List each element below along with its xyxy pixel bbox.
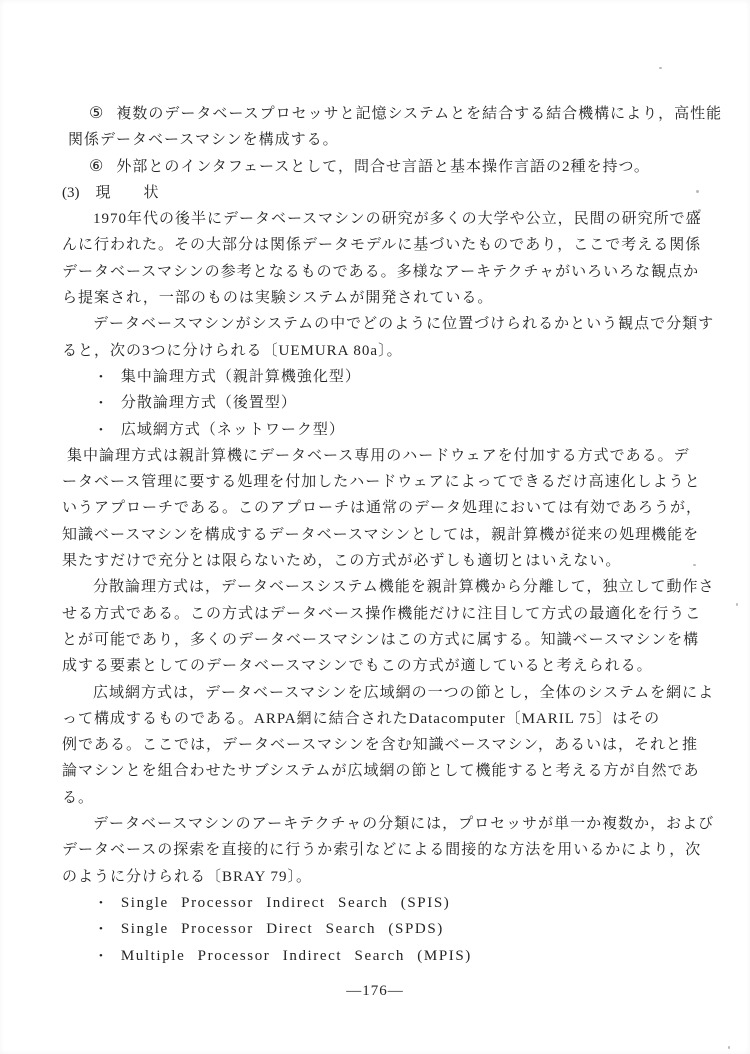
paragraph-1-line: んに行われた。その大部分は関係データモデルに基づいたものであり，ここで考える関係 xyxy=(62,232,696,258)
bullet-icon: • xyxy=(99,916,104,942)
item-5-line-2: 関係データベースマシンを構成する。 xyxy=(62,127,696,153)
bullet-icon: • xyxy=(99,890,104,916)
bullet-text: Single Processor Indirect Search (SPIS) xyxy=(121,895,451,911)
page-number: —176— xyxy=(0,983,750,1000)
bullet-text: 分散論理方式（後置型） xyxy=(121,395,297,411)
paragraph-2-line: ると，次の3つに分けられる〔UEMURA 80a〕。 xyxy=(62,338,696,364)
paragraph-3-line: いうアプローチである。このアプローチは通常のデータ処理においては有効であろうが， xyxy=(62,495,696,521)
item-5-line-1: 複数のデータベースプロセッサと記憶システムとを結合する結合機構により，高性能 xyxy=(116,106,722,122)
paragraph-4-line: とが可能であり，多くのデータベースマシンはこの方式に属する。知識ベースマシンを構 xyxy=(62,627,696,653)
bullet-icon: • xyxy=(99,364,104,390)
bullet-text: 広域網方式（ネットワーク型） xyxy=(121,422,345,438)
paragraph-6-line: データベースの探索を直接的に行うか索引などによる間接的な方法を用いるかにより，次 xyxy=(62,837,696,863)
numbered-item-5: ⑤複数のデータベースプロセッサと記憶システムとを結合する結合機構により，高性能 xyxy=(62,101,696,127)
scan-speck xyxy=(693,564,696,566)
paragraph-1-line: データベースマシンの参考となるものである。多様なアーキテクチャがいろいろな観点か xyxy=(62,259,696,285)
paragraph-3-line: 果たすだけで充分とは限らないため，この方式が必ずしも適切とはいえない。 xyxy=(62,548,696,574)
paragraph-5-line: 広域網方式は，データベースマシンを広域網の一つの節とし，全体のシステムを網によ xyxy=(62,680,696,706)
section-heading: (3)現 状 xyxy=(62,180,696,206)
section-title: 現 状 xyxy=(96,185,160,201)
paragraph-6-line: のように分けられる〔BRAY 79〕。 xyxy=(62,864,696,890)
paragraph-5-line: 例である。ここでは，データベースマシンを含む知識ベースマシン，あるいは，それと推 xyxy=(62,732,696,758)
paragraph-3-line: 集中論理方式は親計算機にデータベース専用のハードウェアを付加する方式である。デ xyxy=(62,443,696,469)
paragraph-1-line: ら提案され，一部のものは実験システムが開発されている。 xyxy=(62,285,696,311)
bullet-icon: • xyxy=(99,943,104,969)
paragraph-1-line: 1970年代の後半にデータベースマシンの研究が多くの大学や公立，民間の研究所で盛 xyxy=(62,206,696,232)
paragraph-4-line: 成する要素としてのデータベースマシンでもこの方式が適していると考えられる。 xyxy=(62,653,696,679)
bullet-item-spis: •Single Processor Indirect Search (SPIS) xyxy=(62,890,696,916)
paragraph-3-line: 知識ベースマシンを構成するデータベースマシンとしては，親計算機が従来の処理機能を xyxy=(62,522,696,548)
circled-number-5: ⑤ xyxy=(89,101,104,127)
bullet-item-wide-area: •広域網方式（ネットワーク型） xyxy=(62,417,696,443)
bullet-text: Multiple Processor Indirect Search (MPIS… xyxy=(121,948,472,964)
paragraph-5-line: る。 xyxy=(62,785,696,811)
bullet-text: 集中論理方式（親計算機強化型） xyxy=(121,369,361,385)
paragraph-5-line: 論マシンとを組合わせたサブシステムが広域網の節として機能すると考える方が自然であ xyxy=(62,758,696,784)
bullet-icon: • xyxy=(99,417,104,443)
scan-speck xyxy=(736,603,738,606)
bullet-item-spds: •Single Processor Direct Search (SPDS) xyxy=(62,916,696,942)
paragraph-5-line: って構成するものである。ARPA網に結合されたDatacomputer〔MARI… xyxy=(62,706,696,732)
document-body: ⑤複数のデータベースプロセッサと記憶システムとを結合する結合機構により，高性能 … xyxy=(62,101,696,969)
bullet-text: Single Processor Direct Search (SPDS) xyxy=(121,921,444,937)
section-number: (3) xyxy=(62,180,80,206)
bullet-item-mpis: •Multiple Processor Indirect Search (MPI… xyxy=(62,943,696,969)
scan-speck xyxy=(698,209,701,212)
numbered-item-6: ⑥外部とのインタフェースとして，問合せ言語と基本操作言語の2種を持つ。 xyxy=(62,154,696,180)
paragraph-4-line: せる方式である。この方式はデータベース操作機能だけに注目して方式の最適化を行うこ xyxy=(62,601,696,627)
scan-speck xyxy=(659,67,662,69)
bullet-item-centralized: •集中論理方式（親計算機強化型） xyxy=(62,364,696,390)
scan-speck xyxy=(728,1046,730,1049)
paragraph-4-line: 分散論理方式は，データベースシステム機能を親計算機から分離して，独立して動作さ xyxy=(62,574,696,600)
scan-speck xyxy=(696,190,699,193)
item-6-line-1: 外部とのインタフェースとして，問合せ言語と基本操作言語の2種を持つ。 xyxy=(116,159,650,175)
scanned-document-page: ⑤複数のデータベースプロセッサと記憶システムとを結合する結合機構により，高性能 … xyxy=(0,0,750,1054)
circled-number-6: ⑥ xyxy=(89,154,104,180)
paragraph-3-line: ータベース管理に要する処理を付加したハードウェアによってできるだけ高速化しようと xyxy=(62,469,696,495)
paragraph-6-line: データベースマシンのアーキテクチャの分類には，プロセッサが単一か複数か，および xyxy=(62,811,696,837)
bullet-icon: • xyxy=(99,390,104,416)
bullet-item-distributed: •分散論理方式（後置型） xyxy=(62,390,696,416)
paragraph-2-line: データベースマシンがシステムの中でどのように位置づけられるかという観点で分類す xyxy=(62,311,696,337)
